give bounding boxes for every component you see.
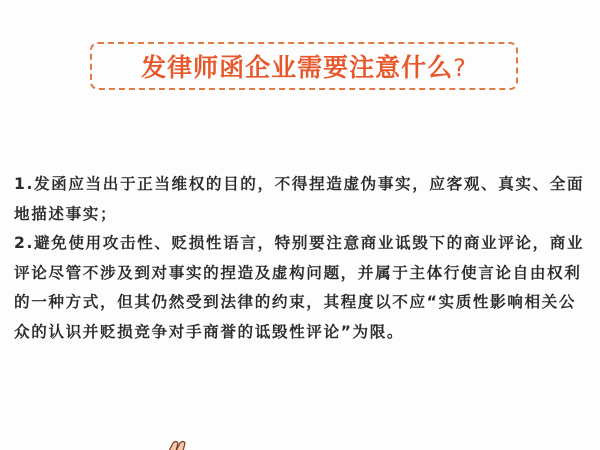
article-body: 1.发函应当出于正当维权的目的，不得捏造虚伪事实，应客观、真实、全面地描述事实；… bbox=[14, 170, 592, 347]
title-banner: 发律师函企业需要注意什么? bbox=[90, 42, 518, 90]
title-question-mark: ? bbox=[453, 54, 467, 82]
point-2: 2.避免使用攻击性、贬损性语言，特别要注意商业诋毁下的商业评论，商业评论尽管不涉… bbox=[14, 229, 592, 347]
point-1: 1.发函应当出于正当维权的目的，不得捏造虚伪事实，应客观、真实、全面地描述事实； bbox=[14, 170, 592, 229]
hand-illustration-icon bbox=[165, 437, 195, 450]
page-title: 发律师函企业需要注意什么? bbox=[141, 48, 467, 84]
title-text: 发律师函企业需要注意什么 bbox=[141, 53, 453, 82]
